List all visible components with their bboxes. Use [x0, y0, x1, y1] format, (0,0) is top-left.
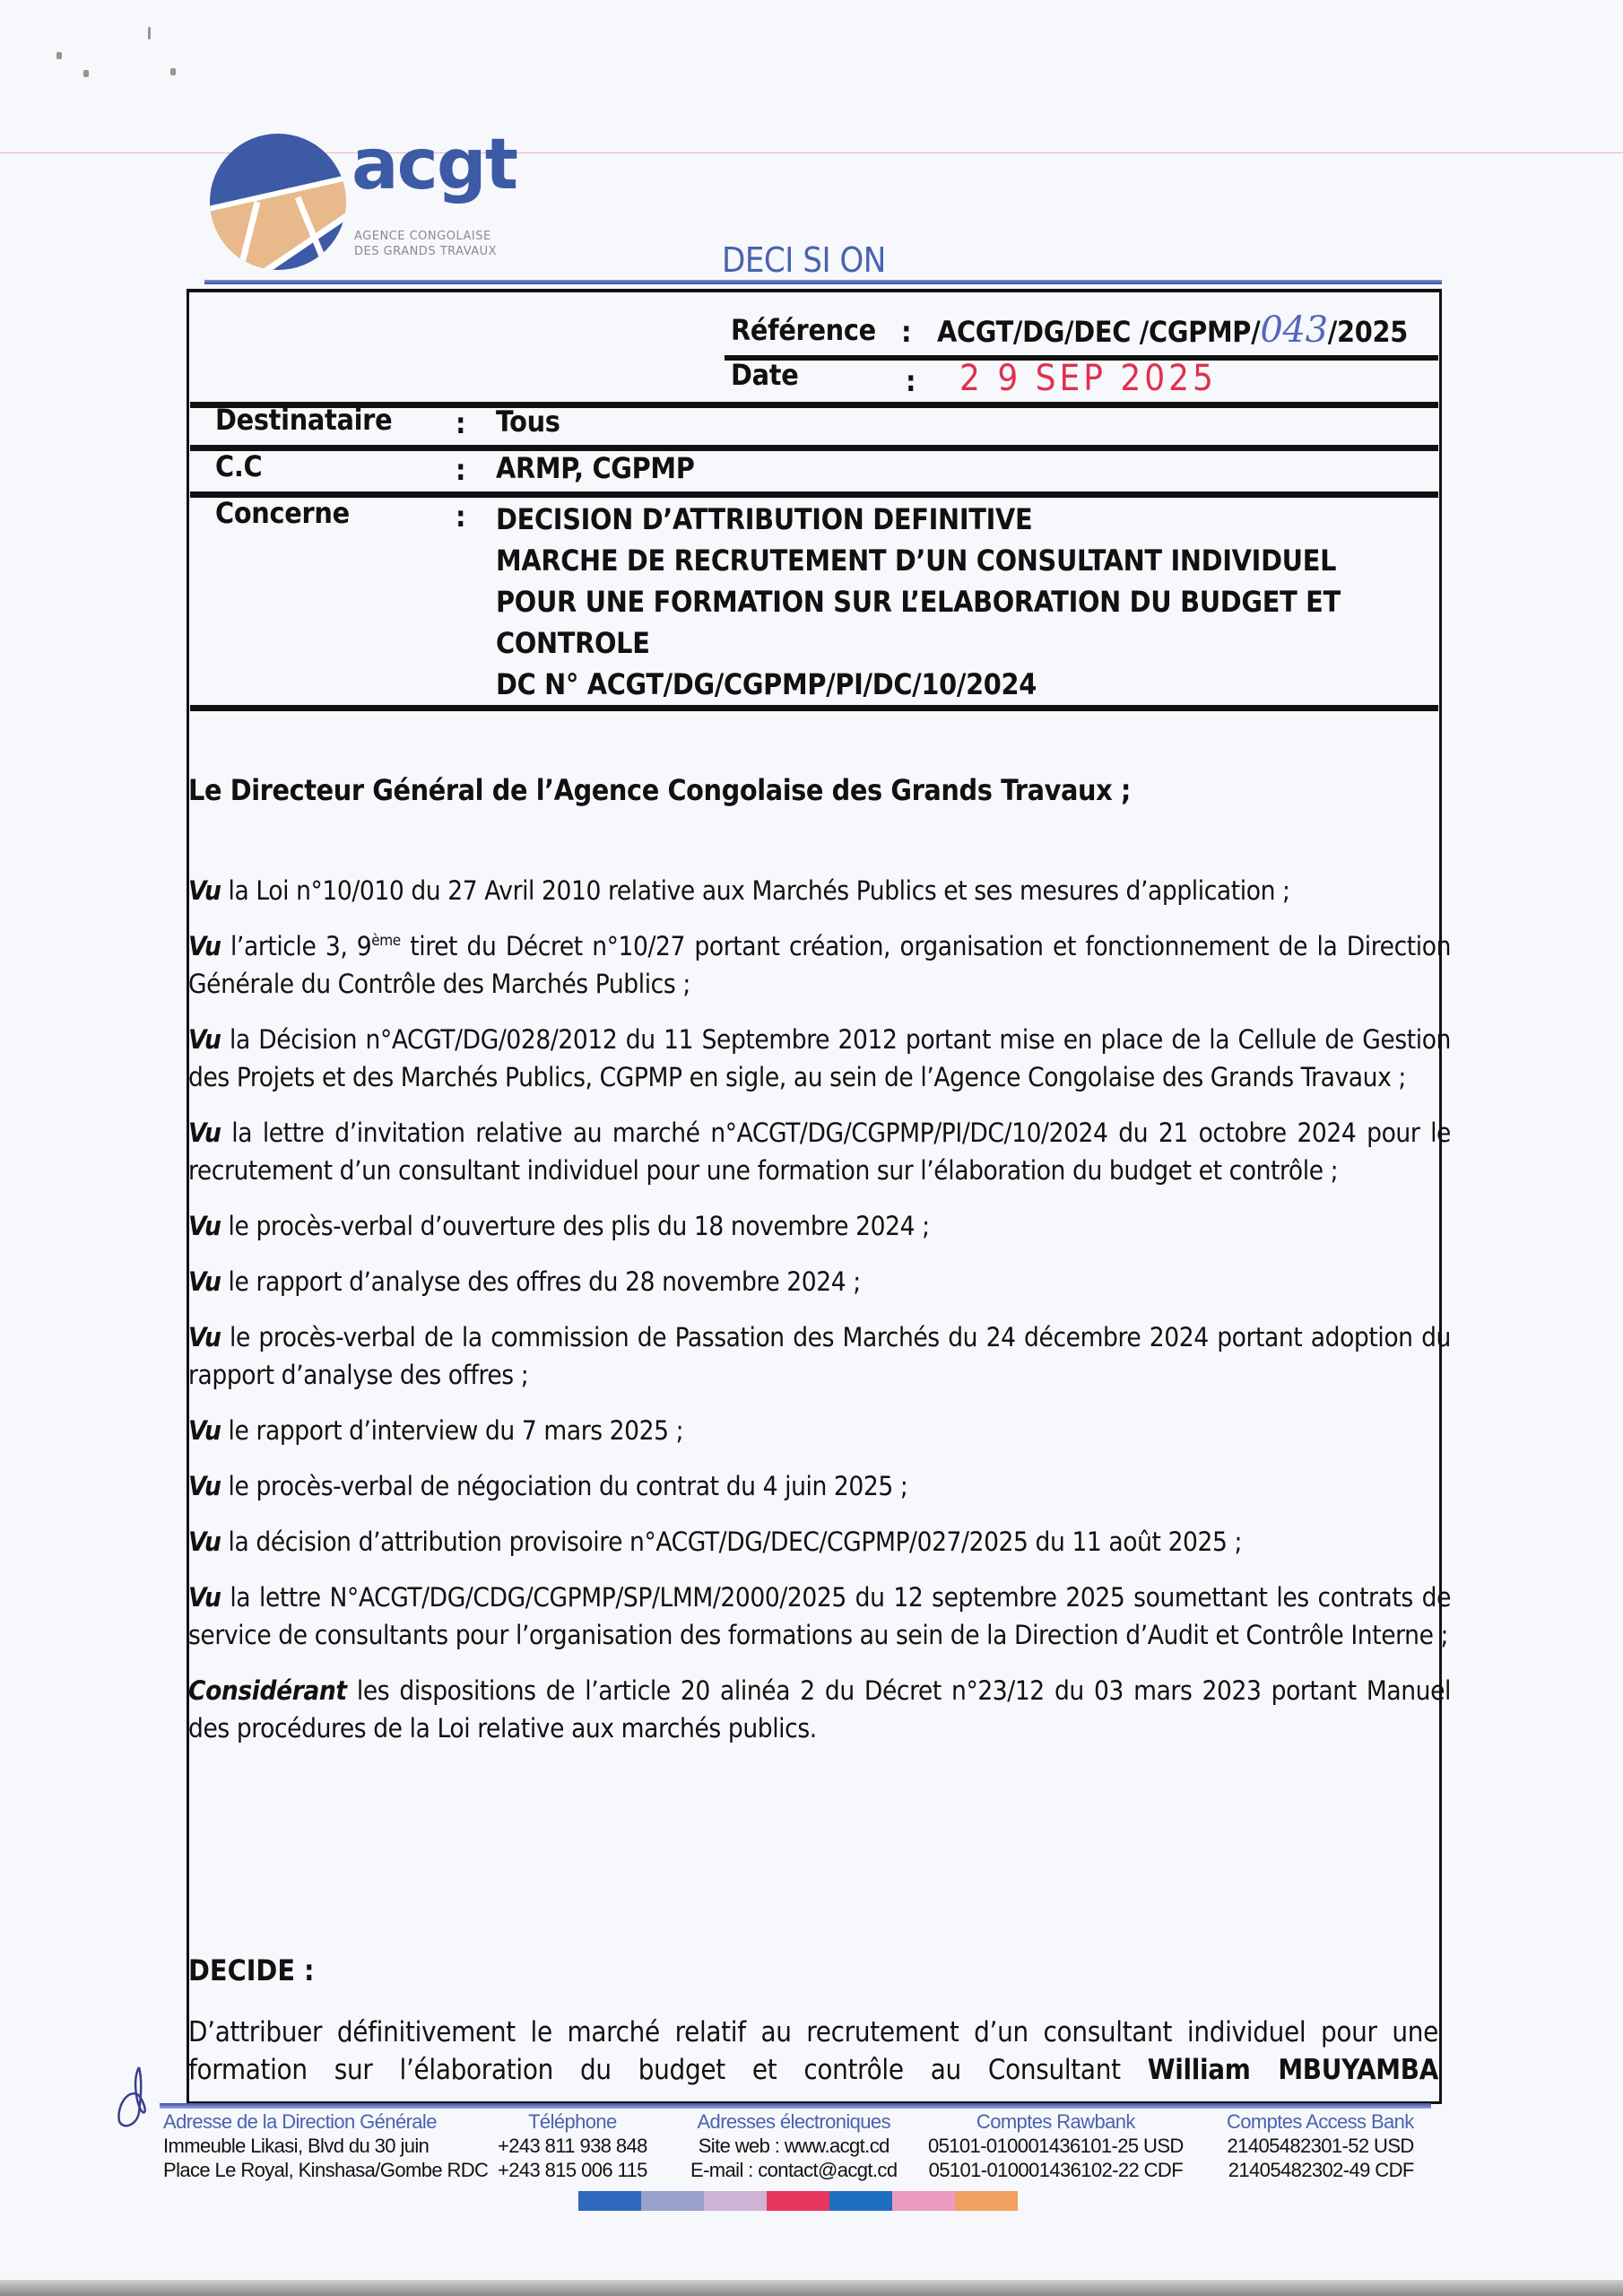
consideration-lead: Vu [188, 1471, 221, 1501]
footer-rawbank-usd: 05101-010001436101-25 USD [928, 2134, 1184, 2158]
footer-website[interactable]: Site web : www.acgt.cd [690, 2134, 897, 2158]
consideration-lead: Vu [188, 1266, 221, 1297]
consideration-item: Vu le rapport d’interview du 7 mars 2025… [188, 1412, 1451, 1449]
consideration-text: la décision d’attribution provisoire n°A… [221, 1526, 1243, 1557]
footer-address-line1: Immeuble Likasi, Blvd du 30 juin [163, 2134, 488, 2158]
document-type-title: DECI SI ON [722, 240, 886, 280]
consideration-text: le rapport d’interview du 7 mars 2025 ; [221, 1415, 684, 1446]
recipient-divider [190, 445, 1438, 451]
color-bar-segment [955, 2191, 1018, 2211]
subject-line: POUR UNE FORMATION SUR L’ELABORATION DU … [496, 581, 1341, 622]
reference-prefix: ACGT/DG/DEC /CGPMP/ [937, 315, 1260, 349]
scan-artifacts [49, 18, 229, 99]
consideration-lead: Vu [188, 931, 221, 961]
subject-line: DC N° ACGT/DG/CGPMP/PI/DC/10/2024 [496, 664, 1341, 705]
decide-text-line: D’attribuer définitivement le marché rel… [188, 2013, 1438, 2051]
footer-email[interactable]: E-mail : contact@acgt.cd [690, 2158, 897, 2182]
footer-access-bank: Comptes Access Bank 21405482301-52 USD 2… [1227, 2109, 1414, 2182]
footer-electronic: Adresses électroniques Site web : www.ac… [690, 2109, 897, 2182]
footer-address-line2: Place Le Royal, Kinshasa/Gombe RDC [163, 2158, 488, 2182]
considerations-list: Vu la Loi n°10/010 du 27 Avril 2010 rela… [188, 872, 1451, 1765]
footer-phone-heading: Téléphone [498, 2109, 647, 2134]
consideration-text: la Loi n°10/010 du 27 Avril 2010 relativ… [221, 875, 1290, 906]
footer-rawbank-heading: Comptes Rawbank [928, 2109, 1184, 2134]
footer-divider [160, 2103, 1431, 2109]
cc-label: C.C [215, 448, 262, 484]
header-divider [204, 280, 1442, 284]
decide-heading: DECIDE : [188, 1953, 315, 1987]
decide-text: D’attribuer définitivement le marché rel… [188, 2013, 1438, 2089]
footer-phone: Téléphone +243 811 938 848 +243 815 006 … [498, 2109, 647, 2182]
consideration-text: la Décision n°ACGT/DG/028/2012 du 11 Sep… [188, 1024, 1451, 1092]
subject-lines: DECISION D’ATTRIBUTION DEFINITIVE MARCHE… [496, 499, 1341, 705]
consideration-lead: Vu [188, 1526, 221, 1557]
reference-colon: : [901, 314, 911, 350]
footer-phone-line1[interactable]: +243 811 938 848 [498, 2134, 647, 2158]
consideration-lead: Considérant [188, 1675, 347, 1706]
footer-rawbank-cdf: 05101-010001436102-22 CDF [928, 2158, 1184, 2182]
date-stamp: 2 9 SEP 2025 [959, 361, 1217, 396]
reference-label: Référence [731, 312, 876, 348]
preamble: Le Directeur Général de l’Agence Congola… [188, 773, 1131, 807]
subject-line: DECISION D’ATTRIBUTION DEFINITIVE [496, 499, 1341, 540]
consideration-item: Vu le procès-verbal de la commission de … [188, 1318, 1451, 1394]
consideration-lead: Vu [188, 1415, 221, 1446]
consideration-text: le procès-verbal de négociation du contr… [221, 1471, 908, 1501]
color-bar-segment [829, 2191, 892, 2211]
consultant-name: William MBUYAMBA [1148, 2054, 1438, 2086]
cc-value: ARMP, CGPMP [496, 450, 695, 486]
reference-suffix: /2025 [1328, 315, 1408, 349]
consideration-lead: Vu [188, 1024, 221, 1055]
reference-number-handwritten: 043 [1260, 309, 1327, 351]
footer-rawbank: Comptes Rawbank 05101-010001436101-25 US… [928, 2109, 1184, 2182]
consideration-text: le procès-verbal de la commission de Pas… [188, 1322, 1451, 1390]
acgt-logo: acgt AGENCE CONGOLAISE DES GRANDS TRAVAU… [208, 130, 549, 274]
consideration-item: Vu le procès-verbal de négociation du co… [188, 1467, 1451, 1505]
decide-text-span: formation sur l’élaboration du budget et… [188, 2054, 1121, 2086]
reference-value: ACGT/DG/DEC /CGPMP/043/2025 [937, 312, 1408, 350]
date-colon: : [906, 363, 916, 399]
logo-subtitle-line2: DES GRANDS TRAVAUX [354, 244, 497, 259]
footer-phone-line2[interactable]: +243 815 006 115 [498, 2158, 647, 2182]
consideration-text: le procès-verbal d’ouverture des plis du… [221, 1211, 930, 1241]
color-bar-segment [578, 2191, 641, 2211]
color-bar-segment [767, 2191, 829, 2211]
color-bar-segment [892, 2191, 955, 2211]
consideration-item: Vu l’article 3, 9ème tiret du Décret n°1… [188, 927, 1451, 1003]
consideration-lead: Vu [188, 1211, 221, 1241]
logo-subtitle-line1: AGENCE CONGOLAISE [354, 229, 497, 244]
consideration-item: Vu la Décision n°ACGT/DG/028/2012 du 11 … [188, 1021, 1451, 1096]
logo-wordmark: acgt [352, 130, 516, 200]
consideration-item: Vu la décision d’attribution provisoire … [188, 1523, 1451, 1561]
color-bar-segment [641, 2191, 704, 2211]
consideration-text: les dispositions de l’article 20 alinéa … [188, 1675, 1451, 1744]
scan-bottom-edge [0, 2280, 1623, 2296]
recipient-colon: : [456, 405, 465, 441]
recipient-value: Tous [496, 404, 560, 439]
consideration-lead: Vu [188, 1582, 221, 1613]
footer-address-heading: Adresse de la Direction Générale [163, 2109, 488, 2134]
consideration-lead: Vu [188, 1118, 221, 1148]
cc-colon: : [456, 452, 465, 488]
subject-divider [190, 705, 1438, 711]
footer-access-bank-cdf: 21405482302-49 CDF [1227, 2158, 1414, 2182]
consideration-lead: Vu [188, 875, 221, 906]
footer-access-bank-usd: 21405482301-52 USD [1227, 2134, 1414, 2158]
consideration-item: Considérant les dispositions de l’articl… [188, 1672, 1451, 1747]
consideration-item: Vu le rapport d’analyse des offres du 28… [188, 1263, 1451, 1300]
color-bar-segment [704, 2191, 767, 2211]
logo-emblem-icon [208, 130, 352, 274]
consideration-text: la lettre d’invitation relative au march… [188, 1118, 1451, 1186]
consideration-item: Vu le procès-verbal d’ouverture des plis… [188, 1207, 1451, 1245]
subject-line: MARCHE DE RECRUTEMENT D’UN CONSULTANT IN… [496, 540, 1341, 581]
subject-line: CONTROLE [496, 622, 1341, 664]
footer-electronic-heading: Adresses électroniques [690, 2109, 897, 2134]
decide-text-line: formation sur l’élaboration du budget et… [188, 2051, 1438, 2089]
consideration-item: Vu la lettre N°ACGT/DG/CDG/CGPMP/SP/LMM/… [188, 1578, 1451, 1654]
consideration-text: le rapport d’analyse des offres du 28 no… [221, 1266, 861, 1297]
consideration-item: Vu la lettre d’invitation relative au ma… [188, 1114, 1451, 1189]
consideration-item: Vu la Loi n°10/010 du 27 Avril 2010 rela… [188, 872, 1451, 909]
ordinal-superscript: ème [371, 932, 401, 950]
consideration-lead: Vu [188, 1322, 221, 1352]
subject-colon: : [456, 499, 465, 535]
consideration-text: la lettre N°ACGT/DG/CDG/CGPMP/SP/LMM/200… [188, 1582, 1451, 1650]
signature-initials-icon [112, 2063, 166, 2135]
logo-subtitle: AGENCE CONGOLAISE DES GRANDS TRAVAUX [354, 229, 497, 259]
date-label: Date [731, 357, 798, 393]
recipient-label: Destinataire [215, 402, 392, 438]
consideration-text: l’article 3, 9 [221, 931, 372, 961]
footer-address: Adresse de la Direction Générale Immeubl… [163, 2109, 488, 2182]
cc-divider [190, 491, 1438, 498]
subject-label: Concerne [215, 495, 350, 531]
footer-access-bank-heading: Comptes Access Bank [1227, 2109, 1414, 2134]
